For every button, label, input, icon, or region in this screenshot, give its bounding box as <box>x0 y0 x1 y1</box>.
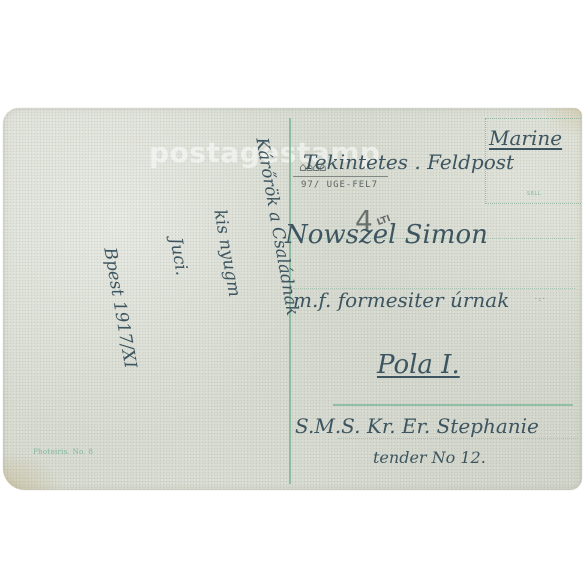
ink-specks: ·:· <box>535 296 547 303</box>
address-city: Pola I. <box>377 350 460 380</box>
address-line <box>338 438 578 439</box>
message-signature: Juci. <box>165 236 191 277</box>
stamp-box-label: SELL <box>486 191 582 197</box>
printer-caption: Photoiris. No. 8 <box>33 448 93 456</box>
postmark-bar <box>293 176 388 177</box>
address-line-1: Tekintetes . Feldpost <box>303 150 514 174</box>
address-tender: tender No 12. <box>373 448 486 467</box>
address-ship: S.M.S. Kr. Er. Stephanie <box>295 414 539 438</box>
address-line-title: m.f. formesiter úrnak <box>293 288 509 312</box>
address-recipient-name: Nowszel Simon <box>285 220 488 250</box>
postcard: postagestamp SELL ⌂⌂⌂⌂ 97/ UGE-FEL7 4 LT… <box>3 108 582 490</box>
address-service: Marine <box>489 126 562 150</box>
corner-stain <box>3 450 63 490</box>
postmark: ⌂⌂⌂⌂ 97/ UGE-FEL7 4 LTI <box>273 108 473 308</box>
address-line-solid <box>333 404 573 406</box>
postmark-text: 97/ UGE-FEL7 <box>301 180 378 190</box>
image-stage: postagestamp SELL ⌂⌂⌂⌂ 97/ UGE-FEL7 4 LT… <box>0 0 585 585</box>
message-date: Bpest 1917/XI <box>99 246 140 370</box>
message-line-2: kis nyugm <box>209 208 244 299</box>
